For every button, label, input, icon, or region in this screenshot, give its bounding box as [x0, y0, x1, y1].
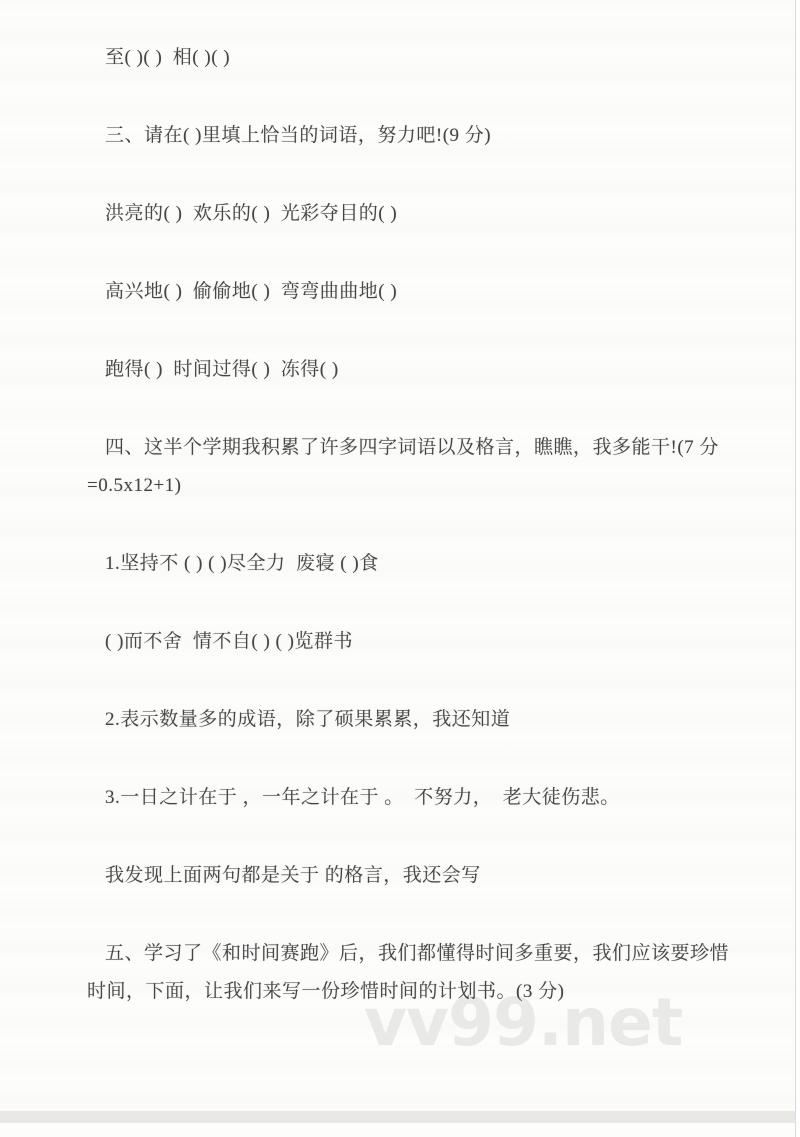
- document-line: 洪亮的( ) 欢乐的( ) 光彩夺目的( ): [87, 195, 725, 233]
- document-line: 我发现上面两句都是关于 的格言，我还会写: [87, 857, 725, 895]
- page-separator: [0, 1111, 796, 1123]
- document-line: 1.坚持不 ( ) ( )尽全力 废寝 ( )食: [87, 545, 725, 583]
- para-section-3-heading: 三、请在( )里填上恰当的词语，努力吧!(9 分): [87, 117, 725, 155]
- para-q3-row-2: 高兴地( ) 偷偷地( ) 弯弯曲曲地( ): [87, 273, 725, 311]
- document-line: 三、请在( )里填上恰当的词语，努力吧!(9 分): [87, 117, 725, 155]
- document-line: 五、学习了《和时间赛跑》后，我们都懂得时间多重要，我们应该要珍惜: [87, 935, 725, 973]
- document-line: =0.5x12+1): [87, 467, 725, 505]
- para-q4-item-1a: 1.坚持不 ( ) ( )尽全力 废寝 ( )食: [87, 545, 725, 583]
- para-q4-item-2: 2.表示数量多的成语，除了硕果累累，我还知道: [87, 701, 725, 739]
- document-line: ( )而不舍 情不自( ) ( )览群书: [87, 623, 725, 661]
- para-q4-item-1b: ( )而不舍 情不自( ) ( )览群书: [87, 623, 725, 661]
- document-line: 2.表示数量多的成语，除了硕果累累，我还知道: [87, 701, 725, 739]
- document-line: 跑得( ) 时间过得( ) 冻得( ): [87, 351, 725, 389]
- document-body: 至( )( ) 相( )( )三、请在( )里填上恰当的词语，努力吧!(9 分)…: [0, 0, 795, 1011]
- para-fill-blanks-continued: 至( )( ) 相( )( ): [87, 39, 725, 77]
- document-line: 四、这半个学期我积累了许多四字词语以及格言，瞧瞧，我多能干!(7 分: [87, 429, 725, 467]
- document-page: vv99.net 至( )( ) 相( )( )三、请在( )里填上恰当的词语，…: [0, 0, 796, 1111]
- para-q4-item-3: 3.一日之计在于 ，一年之计在于 。 不努力， 老大徒伤悲。: [87, 779, 725, 817]
- para-section-4-heading: 四、这半个学期我积累了许多四字词语以及格言，瞧瞧，我多能干!(7 分=0.5x1…: [87, 429, 725, 505]
- para-q3-row-3: 跑得( ) 时间过得( ) 冻得( ): [87, 351, 725, 389]
- para-section-5: 五、学习了《和时间赛跑》后，我们都懂得时间多重要，我们应该要珍惜时间，下面，让我…: [87, 935, 725, 1011]
- document-line: 至( )( ) 相( )( ): [87, 39, 725, 77]
- document-viewer: vv99.net 至( )( ) 相( )( )三、请在( )里填上恰当的词语，…: [0, 0, 800, 1137]
- document-line: 3.一日之计在于 ，一年之计在于 。 不努力， 老大徒伤悲。: [87, 779, 725, 817]
- para-q4-item-3b: 我发现上面两句都是关于 的格言，我还会写: [87, 857, 725, 895]
- document-line: 高兴地( ) 偷偷地( ) 弯弯曲曲地( ): [87, 273, 725, 311]
- document-line: 时间，下面，让我们来写一份珍惜时间的计划书。(3 分): [87, 973, 725, 1011]
- para-q3-row-1: 洪亮的( ) 欢乐的( ) 光彩夺目的( ): [87, 195, 725, 233]
- next-page-edge: [0, 1123, 796, 1137]
